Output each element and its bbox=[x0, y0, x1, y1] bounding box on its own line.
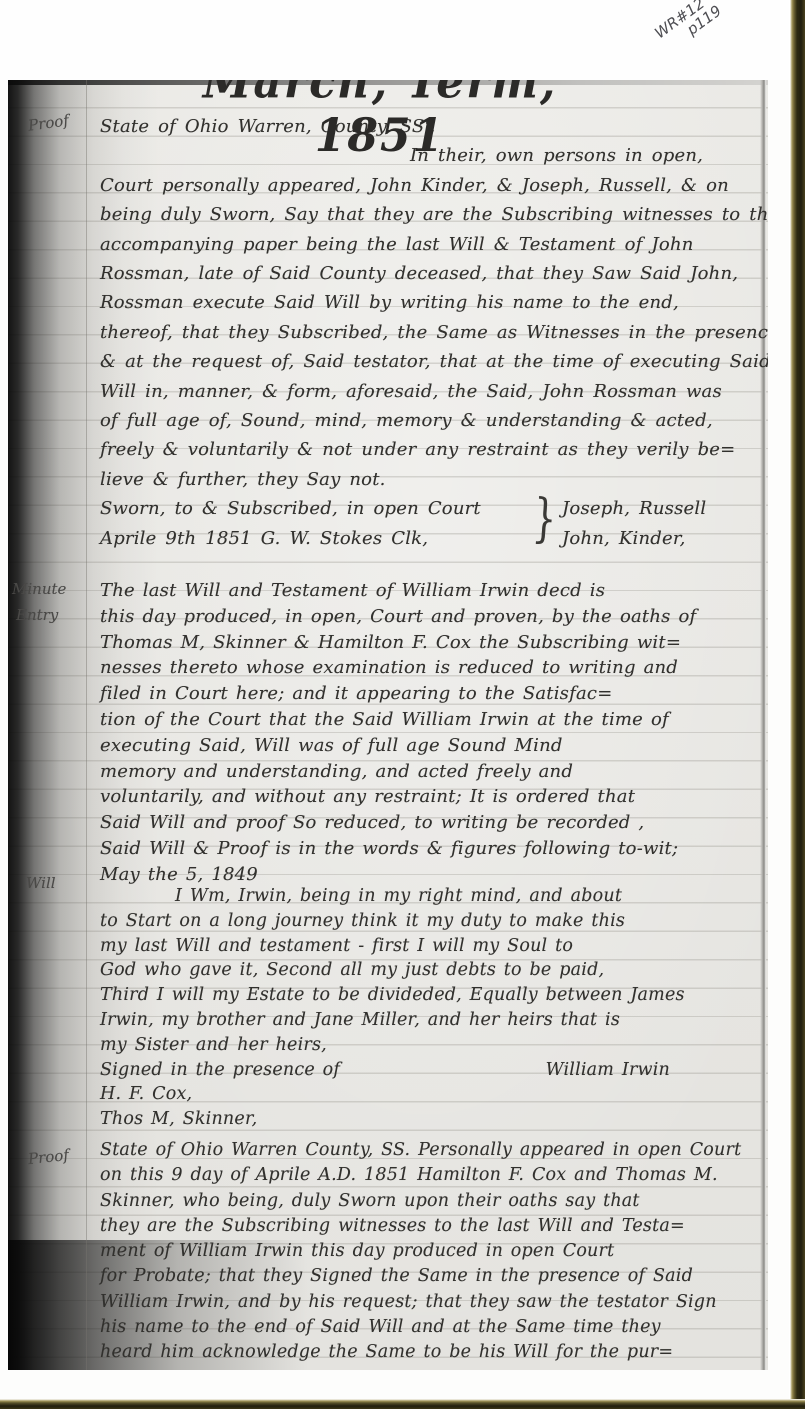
handwritten-line: thereof, that they Subscribed, the Same … bbox=[100, 318, 765, 347]
handwritten-line: my Sister and her heirs, bbox=[100, 1033, 765, 1058]
handwritten-line: Skinner, who being, duly Sworn upon thei… bbox=[100, 1189, 768, 1214]
handwritten-line: nesses thereto whose examination is redu… bbox=[100, 655, 765, 681]
handwritten-line: filed in Court here; and it appearing to… bbox=[100, 681, 765, 707]
section-irwin-proof: State of Ohio Warren County, SS. Persona… bbox=[100, 1138, 768, 1366]
signature-row: Signed in the presence of William Irwin bbox=[100, 1058, 765, 1083]
attestation-text: Sworn, to & Subscribed, in open Court bbox=[100, 494, 562, 523]
scan-frame-bottom bbox=[0, 1399, 805, 1409]
section-rossman-proof: State of Ohio Warren, County, SS',In the… bbox=[100, 112, 765, 553]
margin-note-will: Will bbox=[26, 874, 56, 892]
witness-signature-skinner: Thos M, Skinner, bbox=[100, 1107, 765, 1132]
handwritten-line: Court personally appeared, John Kinder, … bbox=[100, 171, 765, 200]
handwritten-line: heard him acknowledge the Same to be his… bbox=[100, 1340, 768, 1365]
section-will: I Wm, Irwin, being in my right mind, and… bbox=[100, 884, 765, 1132]
handwritten-line: executing Said, Will was of full age Sou… bbox=[100, 733, 765, 759]
margin-note-entry: Entry bbox=[16, 606, 58, 624]
ledger-page: Proof Minute Entry Will Proof State of O… bbox=[8, 80, 768, 1370]
handwritten-line: Third I will my Estate to be divideded, … bbox=[100, 983, 765, 1008]
handwritten-line: my last Will and testament - first I wil… bbox=[100, 934, 765, 959]
handwritten-line: Said Will & Proof is in the words & figu… bbox=[100, 836, 765, 862]
section-lines: State of Ohio Warren County, SS. Persona… bbox=[100, 1138, 768, 1366]
handwritten-line: of full age of, Sound, mind, memory & un… bbox=[100, 406, 765, 435]
handwritten-line: voluntarily, and without any restraint; … bbox=[100, 784, 765, 810]
handwritten-line: to Start on a long journey think it my d… bbox=[100, 909, 765, 934]
attestation-row: Sworn, to & Subscribed, in open Court Jo… bbox=[100, 494, 765, 523]
handwritten-line: accompanying paper being the last Will &… bbox=[100, 230, 765, 259]
scanned-document: Proof Minute Entry Will Proof State of O… bbox=[0, 0, 805, 1409]
signature-john-kinder: John, Kinder, bbox=[562, 524, 686, 553]
handwritten-line: being duly Sworn, Say that they are the … bbox=[100, 200, 765, 229]
section-lines: State of Ohio Warren, County, SS',In the… bbox=[100, 112, 765, 494]
handwritten-line: tion of the Court that the Said William … bbox=[100, 707, 765, 733]
section-minute-entry: The last Will and Testament of William I… bbox=[100, 578, 765, 888]
handwritten-line: on this 9 day of Aprile A.D. 1851 Hamilt… bbox=[100, 1163, 768, 1188]
signature-joseph-russell: Joseph, Russell bbox=[562, 494, 706, 523]
handwritten-line: lieve & further, they Say not. bbox=[100, 465, 765, 494]
handwritten-line: they are the Subscribing witnesses to th… bbox=[100, 1214, 768, 1239]
handwritten-line: for Probate; that they Signed the Same i… bbox=[100, 1264, 768, 1289]
handwritten-line: I Wm, Irwin, being in my right mind, and… bbox=[100, 884, 765, 909]
attestation-block: } Sworn, to & Subscribed, in open Court … bbox=[100, 494, 765, 553]
margin-rule-line bbox=[86, 80, 87, 1370]
handwritten-line: God who gave it, Second all my just debt… bbox=[100, 958, 765, 983]
handwritten-line: Said Will and proof So reduced, to writi… bbox=[100, 810, 765, 836]
handwritten-line: The last Will and Testament of William I… bbox=[100, 578, 765, 604]
handwritten-line: ment of William Irwin this day produced … bbox=[100, 1239, 768, 1264]
handwritten-line: William Irwin, and by his request; that … bbox=[100, 1290, 768, 1315]
handwritten-line: freely & voluntarily & not under any res… bbox=[100, 435, 765, 464]
section-lines: The last Will and Testament of William I… bbox=[100, 578, 765, 888]
handwritten-line: memory and understanding, and acted free… bbox=[100, 759, 765, 785]
signed-in-presence-text: Signed in the presence of bbox=[100, 1058, 340, 1083]
attestation-row: Aprile 9th 1851 G. W. Stokes Clk, John, … bbox=[100, 524, 765, 553]
handwritten-line: Rossman, late of Said County deceased, t… bbox=[100, 259, 765, 288]
handwritten-line: State of Ohio Warren County, SS. Persona… bbox=[100, 1138, 768, 1163]
handwritten-line: Will in, manner, & form, aforesaid, the … bbox=[100, 377, 765, 406]
scan-frame-right bbox=[789, 0, 805, 1409]
signature-william-irwin: William Irwin bbox=[546, 1058, 670, 1083]
attestation-date-clerk: Aprile 9th 1851 G. W. Stokes Clk, bbox=[100, 524, 562, 553]
handwritten-line: Irwin, my brother and Jane Miller, and h… bbox=[100, 1008, 765, 1033]
handwritten-line: & at the request of, Said testator, that… bbox=[100, 347, 765, 376]
brace-scribble-icon: } bbox=[531, 490, 558, 549]
handwritten-line: Rossman execute Said Will by writing his… bbox=[100, 288, 765, 317]
witness-signature-cox: H. F. Cox, bbox=[100, 1082, 765, 1107]
margin-note-minute: Minute bbox=[12, 580, 66, 598]
handwritten-line: his name to the end of Said Will and at … bbox=[100, 1315, 768, 1340]
section-lines: I Wm, Irwin, being in my right mind, and… bbox=[100, 884, 765, 1058]
handwritten-line: this day produced, in open, Court and pr… bbox=[100, 604, 765, 630]
handwritten-line: Thomas M, Skinner & Hamilton F. Cox the … bbox=[100, 630, 765, 656]
